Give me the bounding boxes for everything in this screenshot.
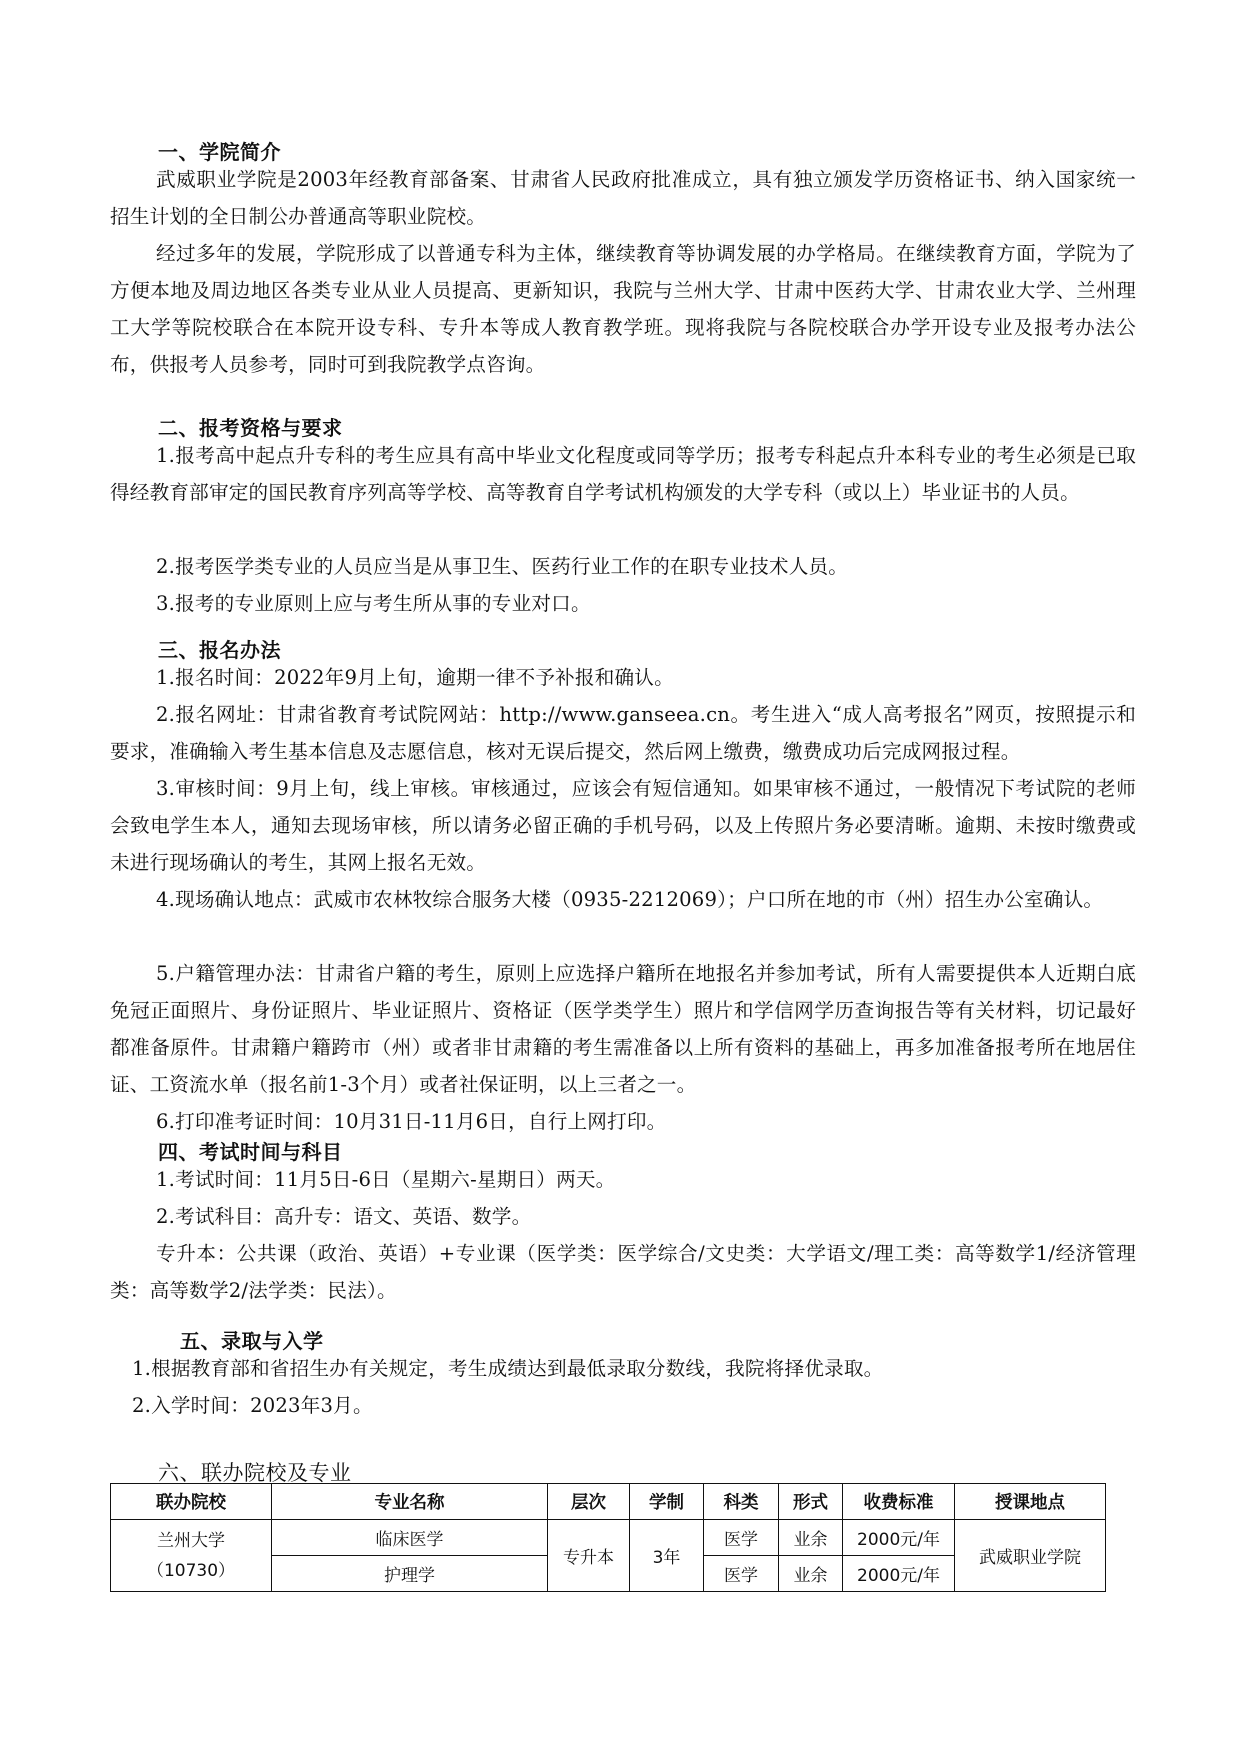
paragraph: 2.报考医学类专业的人员应当是从事卫生、医药行业工作的在职专业技术人员。 xyxy=(110,548,1136,585)
header-cell: 形式 xyxy=(779,1484,843,1520)
paragraph: 1.报考高中起点升专科的考生应具有高中毕业文化程度或同等学历；报考专科起点升本科… xyxy=(110,437,1136,511)
major-cell: 护理学 xyxy=(272,1556,548,1592)
paragraph: 4.现场确认地点：武威市农林牧综合服务大楼（0935-2212069）；户口所在… xyxy=(110,881,1136,918)
form-cell: 业余 xyxy=(779,1556,843,1592)
header-cell: 科类 xyxy=(704,1484,779,1520)
header-cell: 层次 xyxy=(548,1484,630,1520)
header-cell: 专业名称 xyxy=(272,1484,548,1520)
partner-programs-table: 联办院校 专业名称 层次 学制 科类 形式 收费标准 授课地点 兰州大学 （10… xyxy=(110,1483,1106,1592)
paragraph: 2.考试科目：高升专：语文、英语、数学。 xyxy=(110,1198,1136,1235)
paragraph: 1.考试时间：11月5日-6日（星期六-星期日）两天。 xyxy=(110,1161,1136,1198)
header-cell: 授课地点 xyxy=(955,1484,1106,1520)
location-cell: 武威职业学院 xyxy=(955,1520,1106,1592)
paragraph: 1.报名时间：2022年9月上旬，逾期一律不予补报和确认。 xyxy=(110,659,1136,696)
school-code: （10730） xyxy=(111,1556,271,1586)
paragraph: 3.报考的专业原则上应与考生所从事的专业对口。 xyxy=(110,585,1136,622)
table-header-row: 联办院校 专业名称 层次 学制 科类 形式 收费标准 授课地点 xyxy=(111,1484,1106,1520)
major-cell: 临床医学 xyxy=(272,1520,548,1556)
header-cell: 联办院校 xyxy=(111,1484,272,1520)
paragraph: 2.报名网址：甘肃省教育考试院网站：http://www.ganseea.cn。… xyxy=(110,696,1136,770)
header-cell: 收费标准 xyxy=(843,1484,955,1520)
fee-cell: 2000元/年 xyxy=(843,1556,955,1592)
paragraph: 2.入学时间：2023年3月。 xyxy=(132,1387,1132,1424)
paragraph: 6.打印准考证时间：10月31日-11月6日，自行上网打印。 xyxy=(110,1103,1136,1140)
level-cell: 专升本 xyxy=(548,1520,630,1592)
paragraph: 武威职业学院是2003年经教育部备案、甘肃省人民政府批准成立，具有独立颁发学历资… xyxy=(110,161,1136,235)
paragraph: 3.审核时间：9月上旬，线上审核。审核通过，应该会有短信通知。如果审核不通过，一… xyxy=(110,770,1136,881)
category-cell: 医学 xyxy=(704,1556,779,1592)
paragraph: 经过多年的发展，学院形成了以普通专科为主体，继续教育等协调发展的办学格局。在继续… xyxy=(110,235,1136,383)
school-cell: 兰州大学 （10730） xyxy=(111,1520,272,1592)
paragraph: 5.户籍管理办法：甘肃省户籍的考生，原则上应选择户籍所在地报名并参加考试，所有人… xyxy=(110,955,1136,1103)
form-cell: 业余 xyxy=(779,1520,843,1556)
paragraph: 专升本：公共课（政治、英语）+专业课（医学类：医学综合/文史类：大学语文/理工类… xyxy=(110,1235,1136,1309)
paragraph: 1.根据教育部和省招生办有关规定，考生成绩达到最低录取分数线，我院将择优录取。 xyxy=(132,1350,1132,1387)
school-name: 兰州大学 xyxy=(111,1526,271,1556)
header-cell: 学制 xyxy=(630,1484,704,1520)
table-row: 兰州大学 （10730） 临床医学 专升本 3年 医学 业余 2000元/年 武… xyxy=(111,1520,1106,1556)
duration-cell: 3年 xyxy=(630,1520,704,1592)
fee-cell: 2000元/年 xyxy=(843,1520,955,1556)
document-page: 一、学院简介 武威职业学院是2003年经教育部备案、甘肃省人民政府批准成立，具有… xyxy=(0,0,1240,1754)
category-cell: 医学 xyxy=(704,1520,779,1556)
